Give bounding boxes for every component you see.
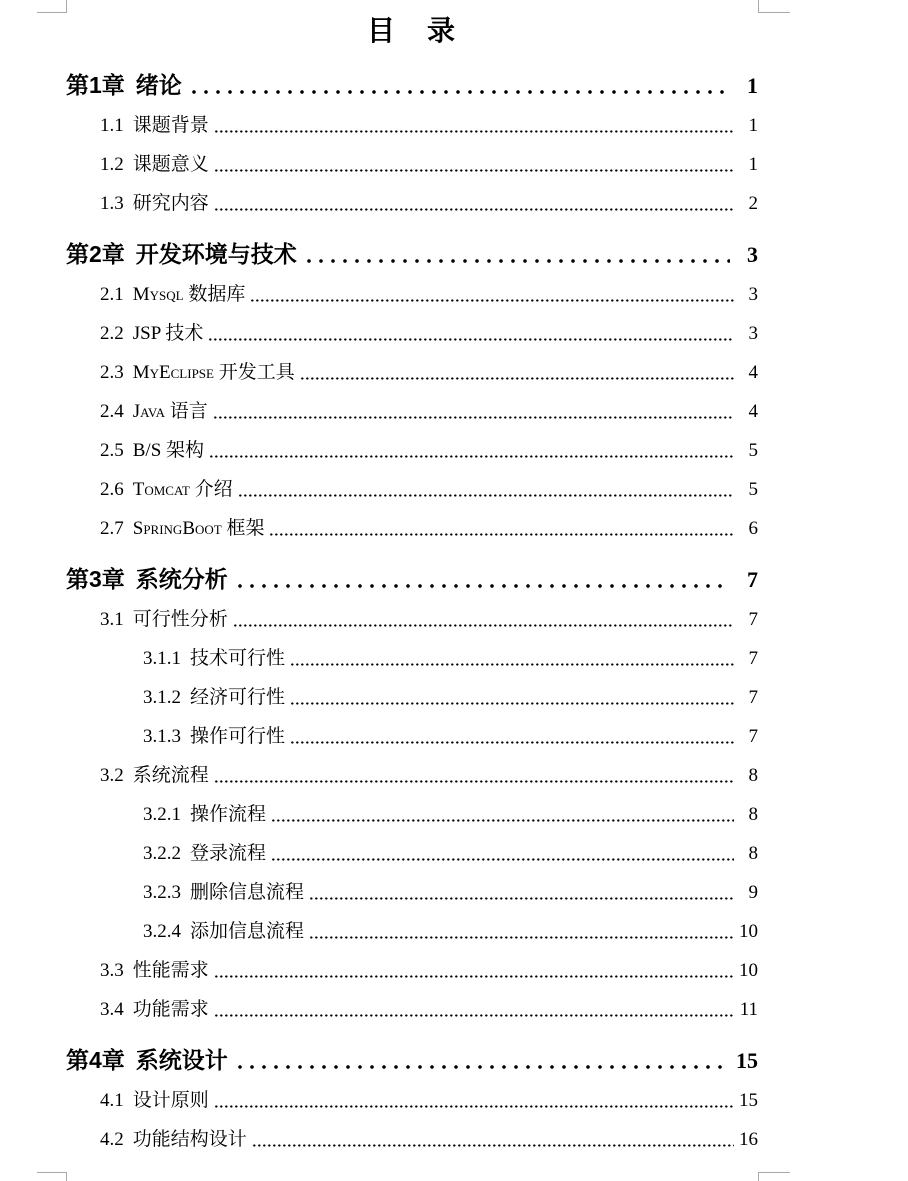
dot-leader (210, 455, 734, 458)
toc-entry-label: 操作可行性 (190, 726, 285, 748)
toc-entry[interactable]: 第2章 开发环境与技术 3 (66, 221, 758, 267)
toc-entry-label: MyEclipse 开发工具 (133, 362, 295, 384)
toc-entry-label: 研究内容 (133, 193, 209, 215)
dot-leader (215, 975, 734, 978)
toc-entry-number: 2.5 (100, 440, 124, 462)
toc-entry[interactable]: 2.4 Java 语言 4 (66, 384, 758, 423)
toc-entry-page-number: 8 (736, 843, 758, 865)
toc-entry-number: 2.1 (100, 284, 124, 306)
toc-entry-page-number: 8 (736, 765, 758, 787)
toc-entry-number: 2.4 (100, 401, 124, 423)
toc-entry-number: 第2章 (66, 242, 125, 267)
dot-leader (214, 416, 734, 419)
toc-entry-number: 3.2 (100, 765, 124, 787)
toc-entry-label: 性能需求 (133, 960, 209, 982)
toc-entry[interactable]: 2.2 JSP 技术 3 (66, 306, 758, 345)
toc-entry-label: 操作流程 (190, 804, 266, 826)
toc-entry[interactable]: 3.1.1 技术可行性 7 (66, 631, 758, 670)
toc-entry-label: 添加信息流程 (190, 921, 304, 943)
toc-entry-label: 课题意义 (133, 154, 209, 176)
toc-entry-label: B/S 架构 (133, 440, 204, 462)
dot-leader (209, 338, 734, 341)
toc-entry-label: 技术可行性 (190, 648, 285, 670)
toc-entry-page-number: 4 (736, 362, 758, 384)
dot-leader (291, 663, 734, 666)
toc-entry-number: 3.1 (100, 609, 124, 631)
toc-entry-page-number: 3 (736, 243, 758, 267)
toc-entry[interactable]: 2.5 B/S 架构 5 (66, 423, 758, 462)
page-content: 目 录 第1章 绪论 1 1.1 课题背景 1 1.2 课题意义 1 1.3 研… (66, 0, 758, 1151)
toc-entry-label: 绪论 (136, 73, 182, 98)
toc-entry-number: 1.3 (100, 193, 124, 215)
toc-entry-label: 删除信息流程 (190, 882, 304, 904)
dot-leader (215, 780, 734, 783)
toc-entry-number: 2.2 (100, 323, 124, 345)
toc-entry[interactable]: 第3章 系统分析 7 (66, 546, 758, 592)
toc-entry[interactable]: 4.1 设计原则 15 (66, 1073, 758, 1112)
toc-entry-page-number: 3 (736, 323, 758, 345)
dot-leader (238, 1065, 730, 1069)
toc-entry[interactable]: 2.1 Mysql 数据库 3 (66, 267, 758, 306)
toc-entry-label: 系统流程 (133, 765, 209, 787)
toc-entry[interactable]: 1.2 课题意义 1 (66, 137, 758, 176)
toc-entry-page-number: 6 (736, 518, 758, 540)
toc-entry-page-number: 16 (736, 1129, 758, 1151)
toc-entry[interactable]: 3.2.1 操作流程 8 (66, 787, 758, 826)
dot-leader (215, 130, 734, 133)
toc-entry-label: 经济可行性 (190, 687, 285, 709)
toc-entry-number: 1.1 (100, 115, 124, 137)
dot-leader (234, 624, 734, 627)
toc-entry-number: 1.2 (100, 154, 124, 176)
toc-entry-page-number: 7 (736, 609, 758, 631)
dot-leader (270, 533, 734, 536)
toc-entry-number: 3.4 (100, 999, 124, 1021)
toc-entry-page-number: 1 (736, 115, 758, 137)
dot-leader (192, 90, 730, 94)
toc-entry-number: 3.3 (100, 960, 124, 982)
toc-entry-page-number: 2 (736, 193, 758, 215)
toc-entry[interactable]: 3.2.3 删除信息流程 9 (66, 865, 758, 904)
toc-entry[interactable]: 3.4 功能需求 11 (66, 982, 758, 1021)
dot-leader (272, 819, 734, 822)
toc-entry-label: SpringBoot 框架 (133, 518, 265, 540)
toc-entry-label: 登录流程 (190, 843, 266, 865)
toc-entry-page-number: 8 (736, 804, 758, 826)
toc-entry[interactable]: 3.3 性能需求 10 (66, 943, 758, 982)
toc-entry-label: 可行性分析 (133, 609, 228, 631)
toc-entry[interactable]: 1.3 研究内容 2 (66, 176, 758, 215)
toc-entry-number: 第1章 (66, 73, 125, 98)
toc-entry[interactable]: 3.1.3 操作可行性 7 (66, 709, 758, 748)
toc-entry-page-number: 7 (736, 568, 758, 592)
dot-leader (215, 1105, 734, 1108)
toc-entry-number: 第3章 (66, 567, 125, 592)
toc-entry-number: 2.6 (100, 479, 124, 501)
toc-entry-page-number: 5 (736, 479, 758, 501)
dot-leader (253, 1144, 734, 1147)
toc-entry[interactable]: 3.1.2 经济可行性 7 (66, 670, 758, 709)
dot-leader (301, 377, 734, 380)
toc-entry[interactable]: 3.2 系统流程 8 (66, 748, 758, 787)
toc-entry-number: 4.2 (100, 1129, 124, 1151)
toc-entry[interactable]: 3.1 可行性分析 7 (66, 592, 758, 631)
dot-leader (215, 208, 734, 211)
table-of-contents: 第1章 绪论 1 1.1 课题背景 1 1.2 课题意义 1 1.3 研究内容 … (66, 52, 758, 1151)
text-boundary-mark-top-left (37, 0, 67, 13)
dot-leader (238, 584, 730, 588)
toc-entry-number: 3.2.3 (143, 882, 181, 904)
toc-entry-page-number: 9 (736, 882, 758, 904)
toc-entry-number: 3.1.2 (143, 687, 181, 709)
dot-leader (239, 494, 734, 497)
toc-entry-label: Mysql 数据库 (133, 284, 246, 306)
toc-entry-label: 系统设计 (136, 1048, 228, 1073)
toc-entry-number: 第4章 (66, 1048, 125, 1073)
toc-entry-label: JSP 技术 (133, 323, 204, 345)
toc-entry-page-number: 1 (736, 154, 758, 176)
toc-entry-page-number: 7 (736, 648, 758, 670)
toc-entry-page-number: 7 (736, 726, 758, 748)
dot-leader (291, 741, 734, 744)
toc-entry-number: 4.1 (100, 1090, 124, 1112)
toc-entry[interactable]: 3.2.2 登录流程 8 (66, 826, 758, 865)
toc-entry-label: Tomcat 介绍 (133, 479, 233, 501)
toc-entry[interactable]: 1.1 课题背景 1 (66, 98, 758, 137)
text-boundary-mark-bottom-right (758, 1172, 790, 1181)
dot-leader (272, 858, 734, 861)
dot-leader (215, 1014, 734, 1017)
toc-entry-label: 功能结构设计 (133, 1129, 247, 1151)
toc-entry-page-number: 1 (736, 74, 758, 98)
toc-entry-page-number: 10 (736, 960, 758, 982)
toc-entry-number: 3.1.1 (143, 648, 181, 670)
toc-entry-page-number: 15 (736, 1049, 758, 1073)
toc-entry-page-number: 5 (736, 440, 758, 462)
toc-entry[interactable]: 2.6 Tomcat 介绍 5 (66, 462, 758, 501)
dot-leader (310, 936, 734, 939)
toc-entry-number: 2.7 (100, 518, 124, 540)
dot-leader (215, 169, 734, 172)
toc-entry[interactable]: 4.2 功能结构设计 16 (66, 1112, 758, 1151)
dot-leader (310, 897, 734, 900)
toc-entry-label: Java 语言 (133, 401, 208, 423)
toc-entry-page-number: 15 (736, 1090, 758, 1112)
toc-entry[interactable]: 3.2.4 添加信息流程 10 (66, 904, 758, 943)
toc-entry-label: 开发环境与技术 (136, 242, 297, 267)
toc-entry-page-number: 10 (736, 921, 758, 943)
toc-entry[interactable]: 2.3 MyEclipse 开发工具 4 (66, 345, 758, 384)
text-boundary-mark-top-right (758, 0, 790, 13)
toc-entry-label: 设计原则 (133, 1090, 209, 1112)
toc-entry-page-number: 4 (736, 401, 758, 423)
toc-entry[interactable]: 第4章 系统设计 15 (66, 1027, 758, 1073)
dot-leader (251, 299, 734, 302)
dot-leader (307, 259, 730, 263)
dot-leader (291, 702, 734, 705)
toc-entry[interactable]: 第1章 绪论 1 (66, 52, 758, 98)
toc-title: 目 录 (66, 16, 758, 46)
toc-entry-number: 3.2.4 (143, 921, 181, 943)
toc-entry-label: 系统分析 (136, 567, 228, 592)
toc-entry-page-number: 11 (736, 999, 758, 1021)
toc-entry-number: 3.2.1 (143, 804, 181, 826)
toc-entry-page-number: 7 (736, 687, 758, 709)
toc-entry-number: 3.2.2 (143, 843, 181, 865)
document-page: 目 录 第1章 绪论 1 1.1 课题背景 1 1.2 课题意义 1 1.3 研… (0, 0, 908, 1181)
toc-entry-number: 2.3 (100, 362, 124, 384)
toc-entry-label: 功能需求 (133, 999, 209, 1021)
text-boundary-mark-bottom-left (37, 1172, 67, 1181)
toc-entry[interactable]: 2.7 SpringBoot 框架 6 (66, 501, 758, 540)
toc-entry-label: 课题背景 (133, 115, 209, 137)
toc-entry-number: 3.1.3 (143, 726, 181, 748)
toc-entry-page-number: 3 (736, 284, 758, 306)
